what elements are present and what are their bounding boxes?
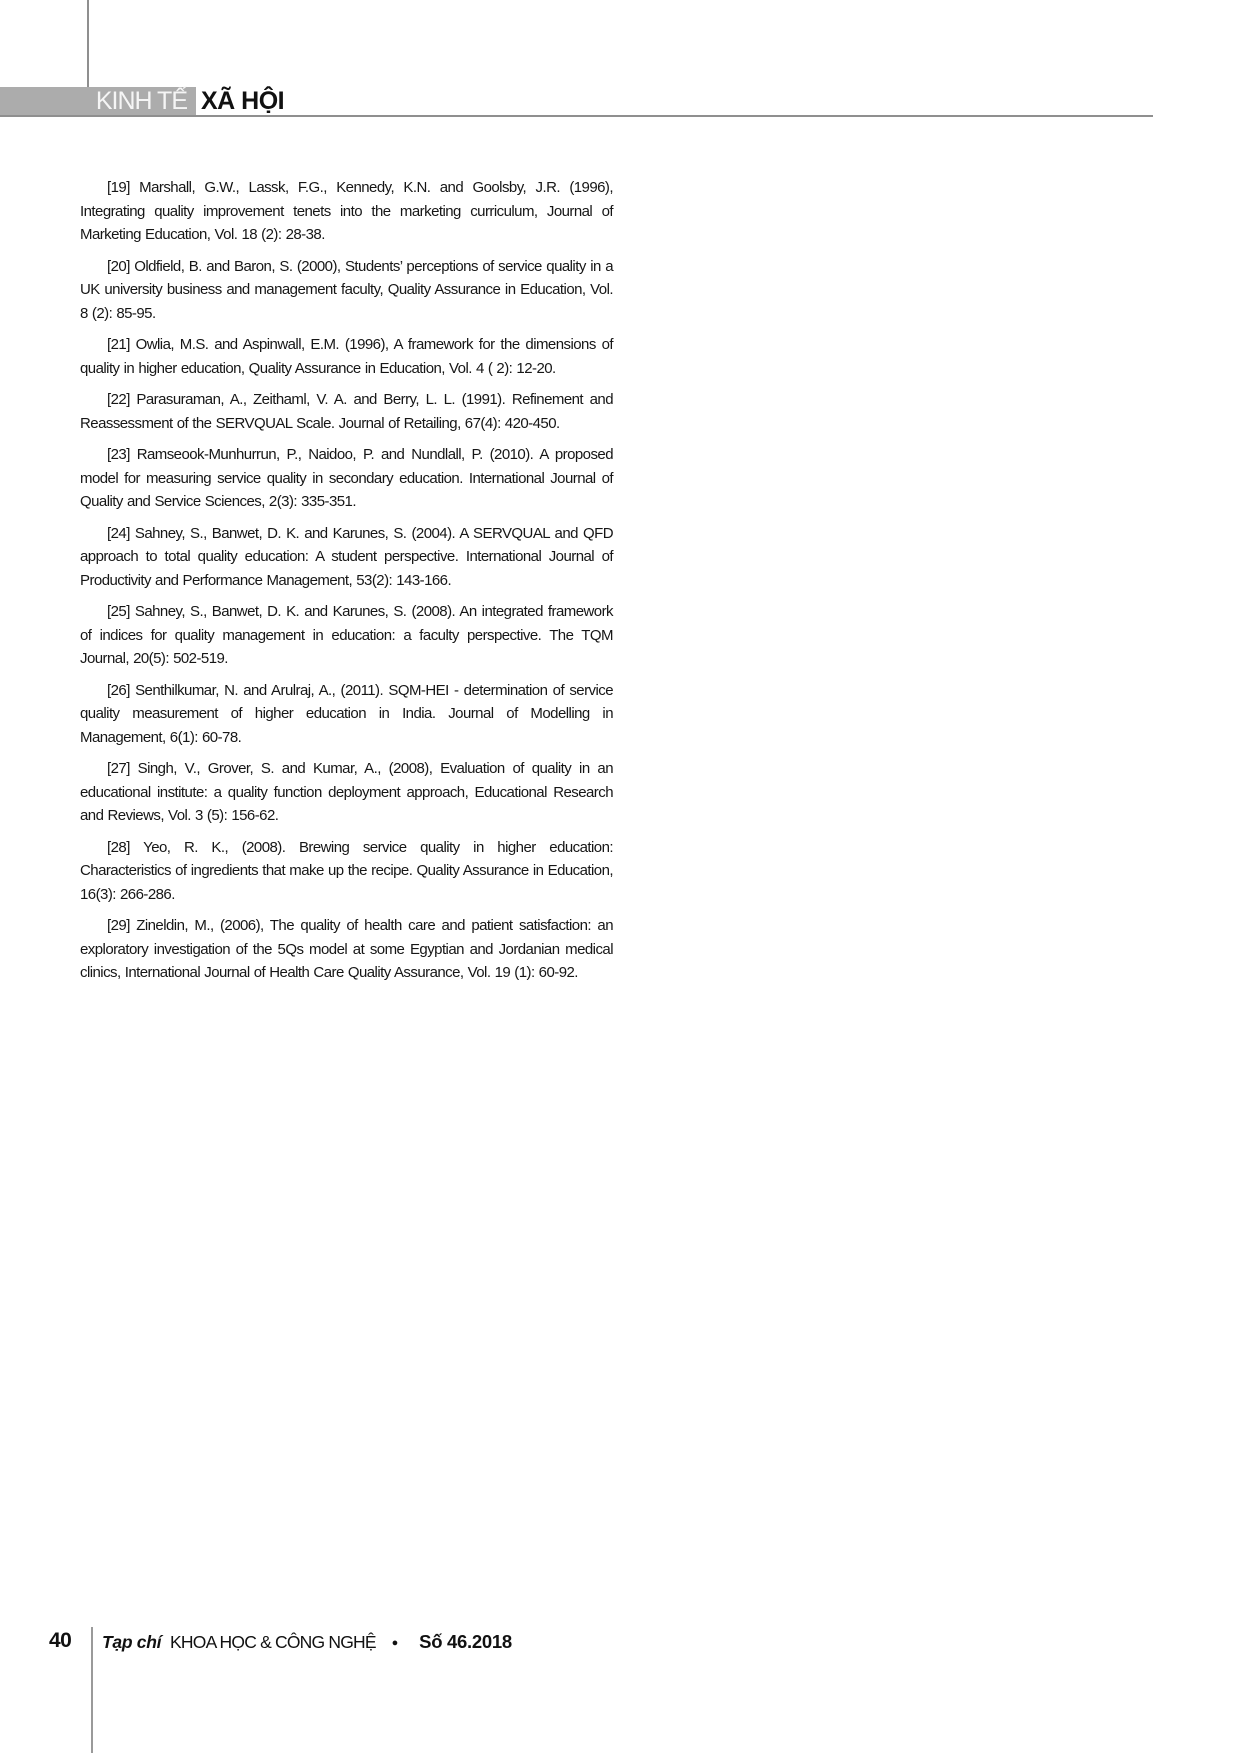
reference-item: [19] Marshall, G.W., Lassk, F.G., Kenned… [80, 176, 613, 247]
reference-item: [24] Sahney, S., Banwet, D. K. and Karun… [80, 522, 613, 593]
reference-item: [20] Oldfield, B. and Baron, S. (2000), … [80, 255, 613, 326]
reference-item: [22] Parasuraman, A., Zeithaml, V. A. an… [80, 388, 613, 435]
issue-number: Số 46.2018 [419, 1631, 512, 1652]
footer-journal-line: Tạp chí KHOA HỌC & CÔNG NGHỆ ● Số 46.201… [102, 1631, 512, 1653]
footer-vertical-rule [91, 1627, 93, 1753]
section-header-bar: KINH TẾ [0, 87, 196, 116]
top-left-vertical-rule [87, 0, 89, 88]
reference-item: [27] Singh, V., Grover, S. and Kumar, A.… [80, 757, 613, 828]
reference-item: [21] Owlia, M.S. and Aspinwall, E.M. (19… [80, 333, 613, 380]
bullet-separator-icon: ● [392, 1637, 399, 1649]
section-label-xa-hoi: XÃ HỘI [201, 87, 284, 116]
journal-page: KINH TẾ XÃ HỘI [19] Marshall, G.W., Lass… [0, 0, 1240, 1753]
reference-item: [28] Yeo, R. K., (2008). Brewing service… [80, 836, 613, 907]
references-list: [19] Marshall, G.W., Lassk, F.G., Kenned… [80, 176, 613, 993]
section-label-kinh-te: KINH TẾ [96, 89, 187, 114]
reference-item: [29] Zineldin, M., (2006), The quality o… [80, 914, 613, 985]
journal-prefix: Tạp chí [102, 1632, 161, 1652]
reference-item: [25] Sahney, S., Banwet, D. K. and Karun… [80, 600, 613, 671]
journal-name: KHOA HỌC & CÔNG NGHỆ [170, 1632, 376, 1652]
reference-item: [26] Senthilkumar, N. and Arulraj, A., (… [80, 679, 613, 750]
page-number: 40 [49, 1629, 71, 1653]
header-horizontal-rule [0, 115, 1153, 117]
reference-item: [23] Ramseook-Munhurrun, P., Naidoo, P. … [80, 443, 613, 514]
